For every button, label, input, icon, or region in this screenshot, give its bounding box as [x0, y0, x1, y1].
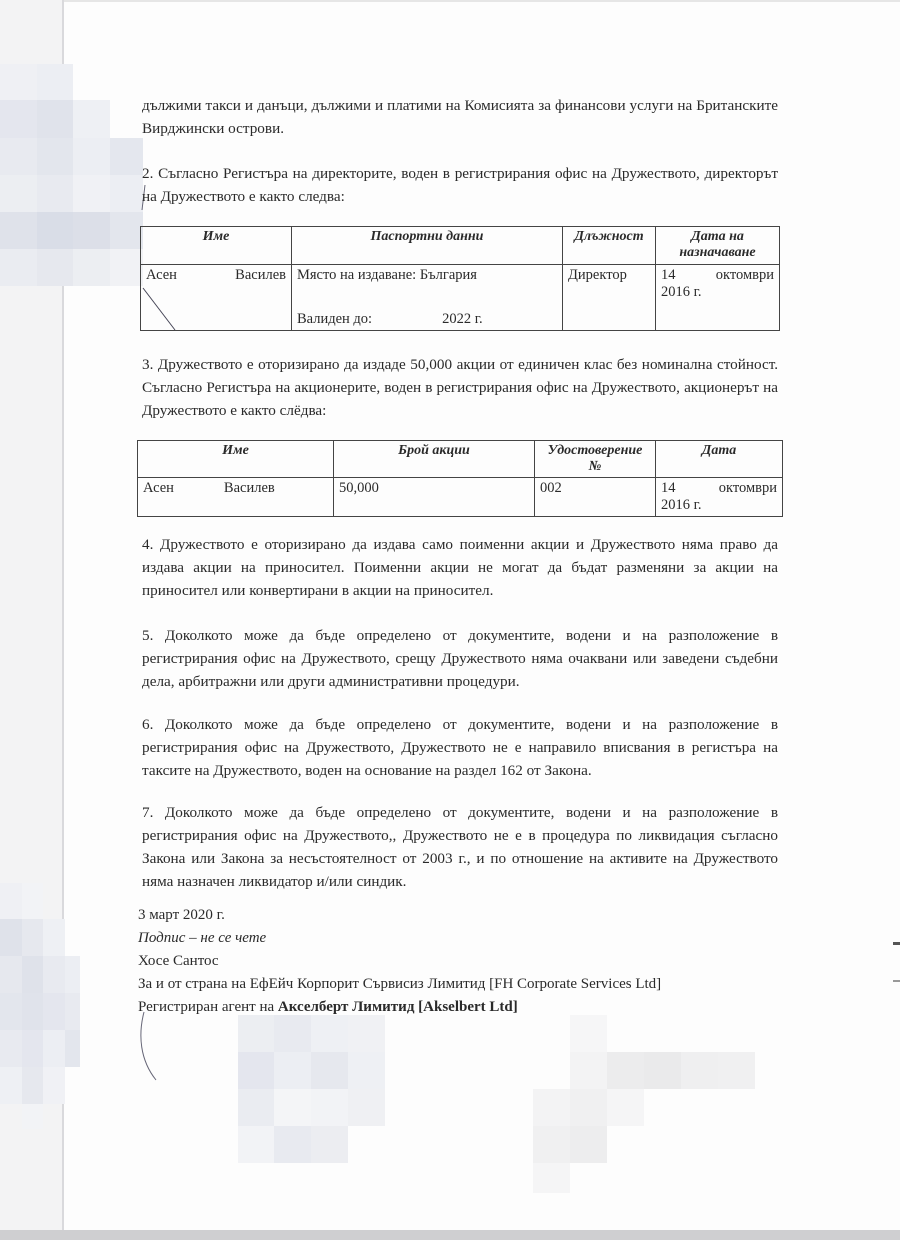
header-name: Име [138, 441, 334, 478]
date-year: 2016 г. [661, 497, 777, 514]
document-body: дължими такси и данъци, дължими и платим… [142, 94, 778, 140]
paragraph-6-wrap: 6. Доколкото може да бъде определено от … [142, 713, 778, 782]
directors-table: Име Паспортни данни Длъжност Дата на наз… [140, 226, 780, 331]
header-position: Длъжност [563, 227, 656, 265]
date-month: октомври [719, 480, 777, 497]
pen-stroke-icon [134, 1010, 164, 1085]
date-month: октомври [716, 267, 774, 284]
table-row: Асен Василев Място на издаване: България… [141, 265, 780, 331]
paragraph-2: 2. Съгласно Регистъра на директорите, во… [142, 162, 778, 208]
certificate-cell: 002 [535, 478, 656, 517]
paragraph-7: 7. Доколкото може да бъде определено от … [142, 801, 778, 893]
director-last-name: Василев [235, 267, 286, 284]
paragraph-4: 4. Дружеството е оторизирано да издава с… [142, 533, 778, 602]
scan-top-edge [0, 0, 900, 2]
shareholder-last-name: Василев [224, 480, 275, 497]
paragraph-6: 6. Доколкото може да бъде определено от … [142, 713, 778, 782]
paragraph-3-wrap: 3. Дружеството е оторизирано да издаде 5… [142, 353, 778, 422]
intro-continuation: дължими такси и данъци, дължими и платим… [142, 94, 778, 140]
paragraph-2-wrap: 2. Съгласно Регистъра на директорите, во… [142, 162, 778, 208]
signature-block: 3 март 2020 г. Подпис – не се чете Хосе … [138, 904, 661, 1019]
header-appointment-date: Дата на назначаване [656, 227, 780, 265]
header-date: Дата [656, 441, 783, 478]
agent-company: Акселберт Лимитид [Akselbert Ltd] [278, 999, 518, 1015]
registered-agent: Регистриран агент на Акселберт Лимитид [… [138, 996, 661, 1019]
paragraph-7-wrap: 7. Доколкото може да бъде определено от … [142, 801, 778, 893]
date-day: 14 [661, 480, 676, 497]
director-first-name: Асен [146, 267, 177, 284]
scan-right-mark-2 [893, 980, 900, 982]
header-certificate: Удостоверение № [535, 441, 656, 478]
header-shares: Брой акции [334, 441, 535, 478]
shareholders-table: Име Брой акции Удостоверение № Дата Асен… [137, 440, 783, 517]
passport-valid-year: 2022 г. [442, 311, 483, 328]
shares-cell: 50,000 [334, 478, 535, 517]
scan-bottom-edge [0, 1230, 900, 1240]
header-passport: Паспортни данни [292, 227, 563, 265]
signature-note: Подпис – не се чете [138, 927, 661, 950]
passport-place: Място на издаване: България [297, 267, 557, 284]
passport-cell: Място на издаване: България Валиден до: … [292, 265, 563, 331]
appointment-date-cell: 14 октомври 2016 г. [656, 265, 780, 331]
paragraph-5-wrap: 5. Доколкото може да бъде определено от … [142, 624, 778, 693]
paragraph-4-wrap: 4. Дружеството е оторизирано да издава с… [142, 533, 778, 602]
shareholder-first-name: Асен [143, 480, 174, 497]
position-cell: Директор [563, 265, 656, 331]
shareholder-name-cell: Асен Василев [138, 478, 334, 517]
signer-name: Хосе Сантос [138, 950, 661, 973]
paragraph-3: 3. Дружеството е оторизирано да издаде 5… [142, 353, 778, 422]
passport-valid-label: Валиден до: [297, 311, 372, 328]
director-name-cell: Асен Василев [141, 265, 292, 331]
share-date-cell: 14 октомври 2016 г. [656, 478, 783, 517]
date-year: 2016 г. [661, 284, 774, 301]
signature-date: 3 март 2020 г. [138, 904, 661, 927]
table-row: Асен Василев 50,000 002 14 октомври 2016… [138, 478, 783, 517]
date-day: 14 [661, 267, 676, 284]
header-name: Име [141, 227, 292, 265]
paragraph-5: 5. Доколкото може да бъде определено от … [142, 624, 778, 693]
agent-prefix: Регистриран агент на [138, 999, 278, 1015]
on-behalf-of: За и от страна на ЕфЕйч Корпорит Сървиси… [138, 973, 661, 996]
scan-right-mark [893, 942, 900, 945]
